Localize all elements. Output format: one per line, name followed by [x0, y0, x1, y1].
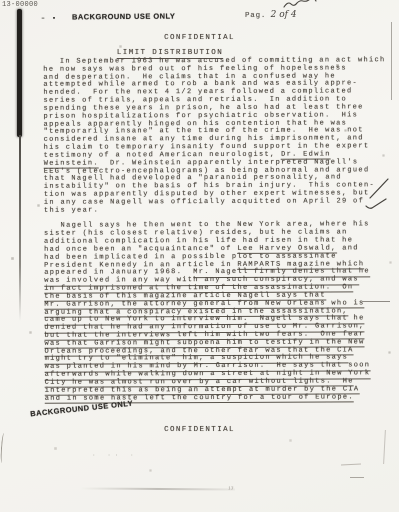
- document-id: 13-00000: [2, 1, 38, 9]
- document-body: In September 1963 he was accused of comm…: [43, 56, 384, 402]
- faint-dash-right-2: [350, 477, 364, 478]
- scan-noise-speckles: [0, 0, 1, 1]
- margin-dash-mark: [362, 301, 390, 302]
- stamp-smudge-marks: [38, 16, 60, 20]
- handwritten-scrawl-icon: [283, 0, 317, 12]
- page-number-label: Pag.: [245, 12, 266, 20]
- footer-classification: CONFIDENTIAL: [0, 418, 399, 436]
- faint-scan-line: [80, 487, 235, 490]
- text-line: in any case Nagell was officially acquit…: [44, 197, 384, 206]
- background-use-only-stamp-top: BACKGROUND USE ONLY: [72, 12, 175, 22]
- faint-pencil-marks: · ·· ·: [92, 452, 138, 459]
- text-line: and in some haste left the country for a…: [45, 393, 385, 402]
- faint-bottom-mark: ¹³: [228, 486, 234, 494]
- left-edge-mark: [0, 433, 6, 463]
- faint-dash-right: [341, 463, 361, 465]
- scanned-document-page: 13-00000 BACKGROUND USE ONLY Pag. 2 of 4…: [0, 0, 399, 512]
- handwritten-slash-icon: [362, 176, 394, 212]
